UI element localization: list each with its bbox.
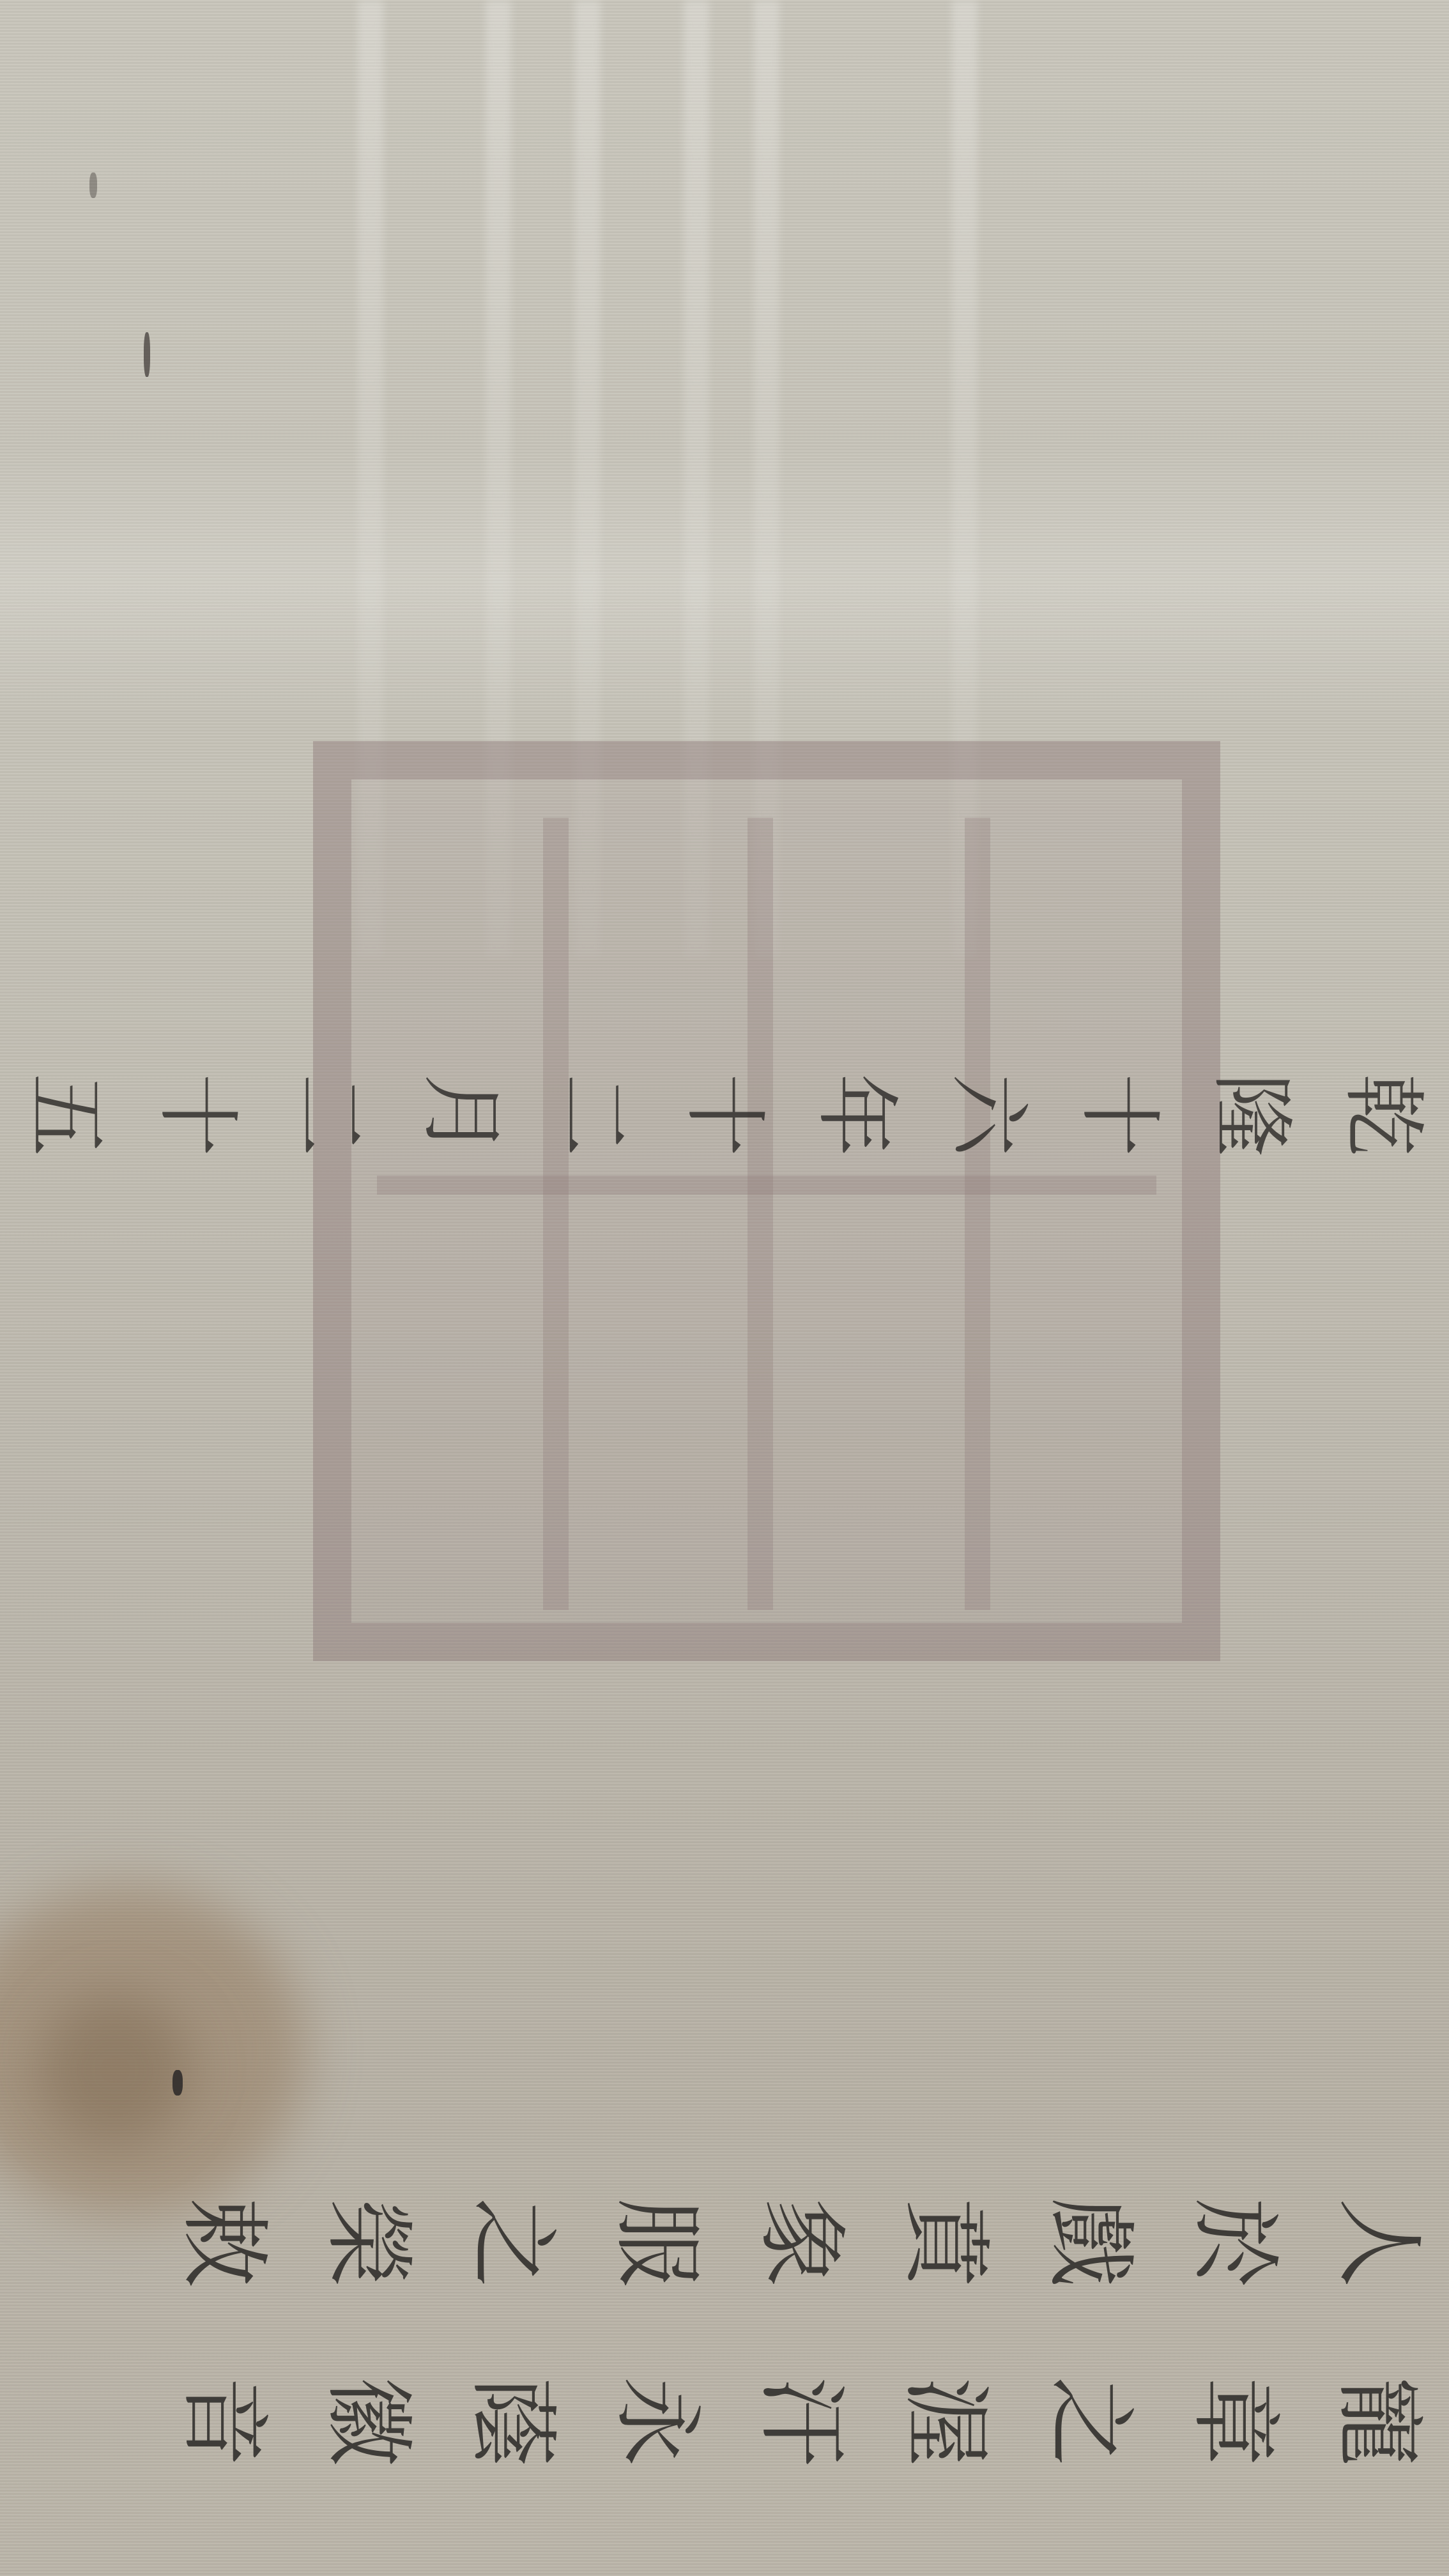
date-char: 年 (815, 1049, 898, 1181)
body-char: 賁 (900, 2170, 990, 2315)
date-char: 五 (24, 1049, 107, 1181)
body-char: 徽 (323, 2349, 412, 2494)
date-char: 六 (946, 1049, 1029, 1181)
body-line-1: 人 於 戲 賁 象 服 之 榮 敕 (109, 2198, 1449, 2287)
date-char: 十 (156, 1049, 239, 1181)
date-char: 十 (683, 1049, 766, 1181)
body-char: 汗 (756, 2349, 845, 2494)
date-char: 二 (287, 1049, 371, 1181)
date-char: 乾 (1342, 1049, 1425, 1181)
body-char: 於 (1189, 2170, 1278, 2315)
body-char: 蔭 (467, 2349, 556, 2494)
date-char: 十 (1078, 1049, 1161, 1181)
body-char: 榮 (323, 2170, 412, 2315)
water-stain (38, 1993, 192, 2147)
body-char: 敕 (178, 2170, 268, 2315)
official-seal (313, 741, 1220, 1661)
body-char: 渥 (900, 2349, 990, 2494)
ink-spot (172, 2070, 183, 2096)
body-char: 象 (756, 2170, 845, 2315)
body-char: 寵 (1333, 2349, 1423, 2494)
body-char: 永 (611, 2349, 701, 2494)
body-char: 之 (467, 2170, 556, 2315)
sheen-band (0, 447, 1449, 716)
body-char: 音 (178, 2349, 268, 2494)
body-char: 人 (1333, 2170, 1423, 2315)
date-line: 乾 隆 十 六 年 十 二 月 二 十 五 (0, 1073, 1449, 1156)
ink-spot (144, 332, 150, 377)
date-char: 隆 (1210, 1049, 1293, 1181)
body-line-2: 寵 章 之 渥 汗 永 蔭 徽 音 (109, 2377, 1449, 2466)
body-char: 戲 (1045, 2170, 1134, 2315)
body-char: 服 (611, 2170, 701, 2315)
body-char: 章 (1189, 2349, 1278, 2494)
date-char: 二 (551, 1049, 634, 1181)
date-char: 月 (420, 1049, 503, 1181)
body-char: 之 (1045, 2349, 1134, 2494)
ink-spot (89, 172, 97, 198)
